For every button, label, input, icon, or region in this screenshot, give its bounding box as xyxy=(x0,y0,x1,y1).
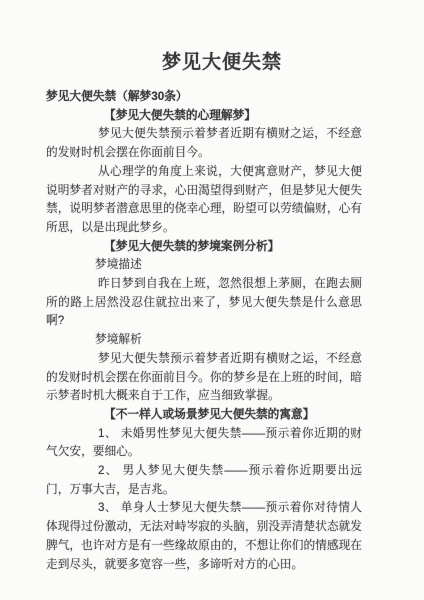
paragraph: 从心理学的角度上来说，大便寓意财产，梦见大便说明梦者对财产的寻求，心田渴望得到财… xyxy=(46,163,362,238)
paragraph: 昨日梦到自我在上班，忽然很想上茅厕，在跑去厕所的路上居然没忍住就拉出来了，梦见大… xyxy=(46,275,362,331)
paragraph: 2、 男人梦见大便失禁——预示着你近期要出远门，万事大吉，是吉兆。 xyxy=(46,462,362,499)
paragraph: 1、 未婚男性梦见大便失禁——预示着你近期的财气欠安，要细心。 xyxy=(46,425,362,462)
document-heading: 梦见大便失禁（解梦30条） xyxy=(46,88,362,107)
section-header: 【梦见大便失禁的梦境案例分析】 xyxy=(46,238,362,257)
section-header: 【不一样人或场景梦见大便失禁的寓意】 xyxy=(46,406,362,425)
paragraph: 梦见大便失禁预示着梦者近期有横财之运，不经意的发财时机会摆在你面前目今。你的梦乡… xyxy=(46,350,362,406)
document-body: 【梦见大便失禁的心理解梦】梦见大便失禁预示着梦者近期有横财之运，不经意的发财时机… xyxy=(46,107,362,575)
document-page: 梦见大便失禁 梦见大便失禁（解梦30条） 【梦见大便失禁的心理解梦】梦见大便失禁… xyxy=(0,0,424,600)
subheading: 梦境描述 xyxy=(46,256,362,275)
section-header: 【梦见大便失禁的心理解梦】 xyxy=(46,107,362,126)
document-text: 梦见大便失禁（解梦30条） 【梦见大便失禁的心理解梦】梦见大便失禁预示着梦者近期… xyxy=(46,88,362,574)
subheading: 梦境解析 xyxy=(46,331,362,350)
paragraph: 梦见大便失禁预示着梦者近期有横财之运，不经意的发财时机会摆在你面前目今。 xyxy=(46,125,362,162)
page-title: 梦见大便失禁 xyxy=(20,52,424,74)
paragraph: 3、 单身人士梦见大便失禁——预示着你对待情人体现得过份激动，无法对峙岑寂的头脑… xyxy=(46,499,362,574)
